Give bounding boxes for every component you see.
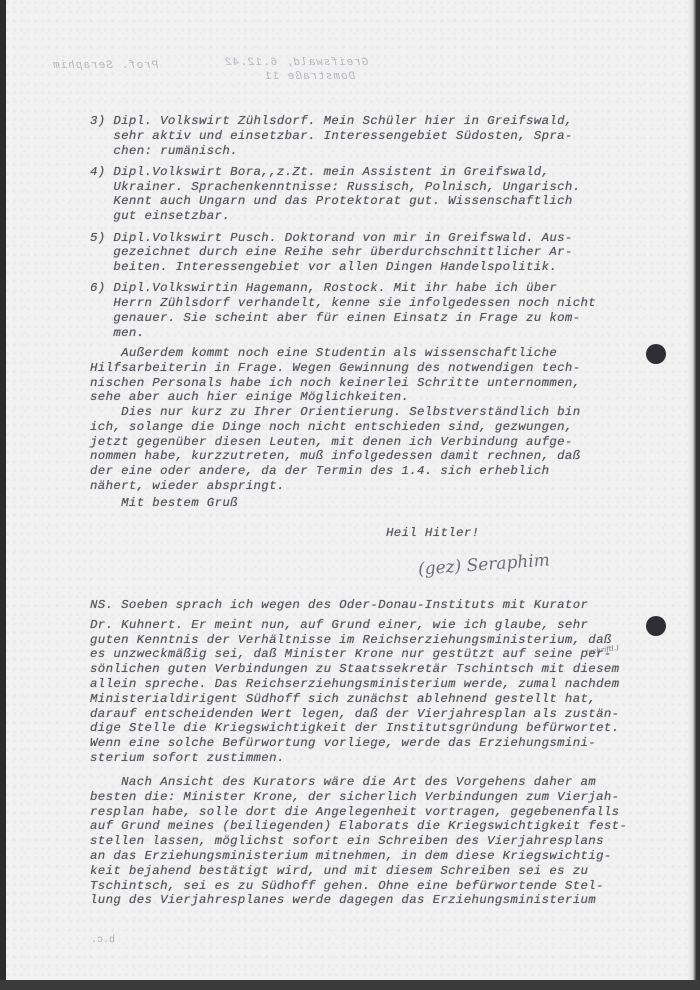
text-line: keit bejahend bestätigt wird, und mit di… [90, 864, 670, 879]
text-line: sterium sofort zustimmen. [90, 751, 670, 766]
text-line: beiten. Interessengebiet vor allen Dinge… [90, 260, 650, 275]
list-item-first-line: 3) Dipl. Volkswirt Zühlsdorf. Mein Schül… [90, 114, 650, 129]
text-line: Nach Ansicht des Kurators wäre die Art d… [90, 775, 670, 790]
list-item-first-line: 5) Dipl.Volkswirt Pusch. Doktorand von m… [90, 231, 650, 246]
text-line: darauf entscheidenden Wert legen, daß de… [90, 707, 670, 722]
text-line: Hilfsarbeiterin in Frage. Wegen Gewinnun… [90, 361, 650, 376]
text-line: Tschintsch, sei es zu Südhoff gehen. Ohn… [90, 879, 670, 894]
text-line: Kennt auch Ungarn und das Protektorat gu… [90, 194, 650, 209]
text-line: gezeichnet durch eine Reihe sehr überdur… [90, 245, 650, 260]
text-line: genauer. Sie scheint aber für einen Eins… [90, 311, 650, 326]
handwritten-signature: (gez) Seraphim [417, 550, 550, 579]
text-line: Wenn eine solche Befürwortung vorliege, … [90, 736, 670, 751]
list-item: 3) Dipl. Volkswirt Zühlsdorf. Mein Schül… [90, 114, 650, 158]
list-item-first-line: 4) Dipl.Volkswirt Bora,,z.Zt. mein Assis… [90, 165, 650, 180]
text-line: NS. Soeben sprach ich wegen des Oder-Don… [90, 598, 670, 613]
salute: Heil Hitler! [386, 526, 586, 541]
text-line: Ukrainer. Sprachenkenntnisse: Russisch, … [90, 180, 650, 195]
text-line: Außerdem kommt noch eine Studentin als w… [90, 346, 650, 361]
text-line: sehr aktiv und einsetzbar. Interessengeb… [90, 129, 650, 144]
text-line: resplan habe, solle dort die Angelegenhe… [90, 805, 670, 820]
paragraph-orientation: Dies nur kurz zu Ihrer Orientierung. Sel… [90, 405, 650, 494]
paragraph-student-assistant: Außerdem kommt noch eine Studentin als w… [90, 346, 650, 405]
text-line: an das Erziehungsministerium mitnehmen, … [90, 849, 670, 864]
text-line: ich, solange die Dinge noch nicht entsch… [90, 420, 650, 435]
text-line: es unzweckmäßig sei, daß Minister Krone … [90, 647, 670, 662]
text-line: jetzt gegenüber diesen Leuten, mit denen… [90, 435, 650, 450]
text-line: nähert, wieder abspringt. [90, 479, 650, 494]
text-line: gut einsetzbar. [90, 209, 650, 224]
text-line: stellen lassen, möglichst sofort ein Sch… [90, 834, 670, 849]
bleed-through-address: Domstraße 11 [264, 71, 355, 83]
footer-mark: b.c. [91, 935, 115, 946]
list-item: 6) Dipl.Volkswirtin Hagemann, Rostock. M… [90, 281, 650, 340]
text-line: Dies nur kurz zu Ihrer Orientierung. Sel… [90, 405, 650, 420]
text-line: lung des Vierjahresplanes werde dagegen … [90, 893, 670, 908]
text-line: besten die: Minister Krone, der sicherli… [90, 790, 670, 805]
text-line: nommen habe, kurzzutreten, muß infolgede… [90, 449, 650, 464]
text-line: sönlichen guten Verbindungen zu Staatsse… [90, 662, 670, 677]
postscript-paragraph-2: Nach Ansicht des Kurators wäre die Art d… [90, 775, 670, 908]
text-line: sehe aber auch hier einige Möglichkeiten… [90, 390, 650, 405]
text-line: guten Kenntnis der Verhältnisse im Reich… [90, 633, 670, 648]
closing: Mit bestem Gruß [90, 496, 650, 511]
candidate-list: 3) Dipl. Volkswirt Zühlsdorf. Mein Schül… [90, 114, 650, 347]
scan-edge-bottom [0, 980, 700, 990]
text-line: Ministerialdirigent Südhoff sich zunächs… [90, 692, 670, 707]
bleed-through-date: Greifswald, 6.12.42 [224, 57, 368, 69]
text-line: dige Stelle die Kriegswichtigkeit der In… [90, 721, 670, 736]
postscript-paragraph-1: NS. Soeben sprach ich wegen des Oder-Don… [90, 598, 670, 766]
document-page: Prof. Seraphim Greifswald, 6.12.42 Domst… [6, 0, 690, 980]
list-item: 4) Dipl.Volkswirt Bora,,z.Zt. mein Assis… [90, 165, 650, 224]
text-line: auf Grund meines (beiliegenden) Elaborat… [90, 819, 670, 834]
text-line: men. [90, 326, 650, 341]
punch-hole-lower [646, 616, 666, 636]
text-line: Dr. Kuhnert. Er meint nun, auf Grund ein… [90, 618, 670, 633]
list-item: 5) Dipl.Volkswirt Pusch. Doktorand von m… [90, 231, 650, 275]
text-line: der eine oder andere, da der Termin des … [90, 464, 650, 479]
list-item-first-line: 6) Dipl.Volkswirtin Hagemann, Rostock. M… [90, 281, 650, 296]
text-line: allein spreche. Das Reichserziehungsmini… [90, 677, 670, 692]
scan-edge-right [688, 0, 700, 990]
bleed-through-sender: Prof. Seraphim [52, 60, 158, 72]
punch-hole-upper [646, 344, 666, 364]
text-line: chen: rumänisch. [90, 144, 650, 159]
text-line: nischen Personals habe ich noch keinerle… [90, 376, 650, 391]
text-line: Herrn Zühlsdorf verhandelt, kenne sie in… [90, 296, 650, 311]
